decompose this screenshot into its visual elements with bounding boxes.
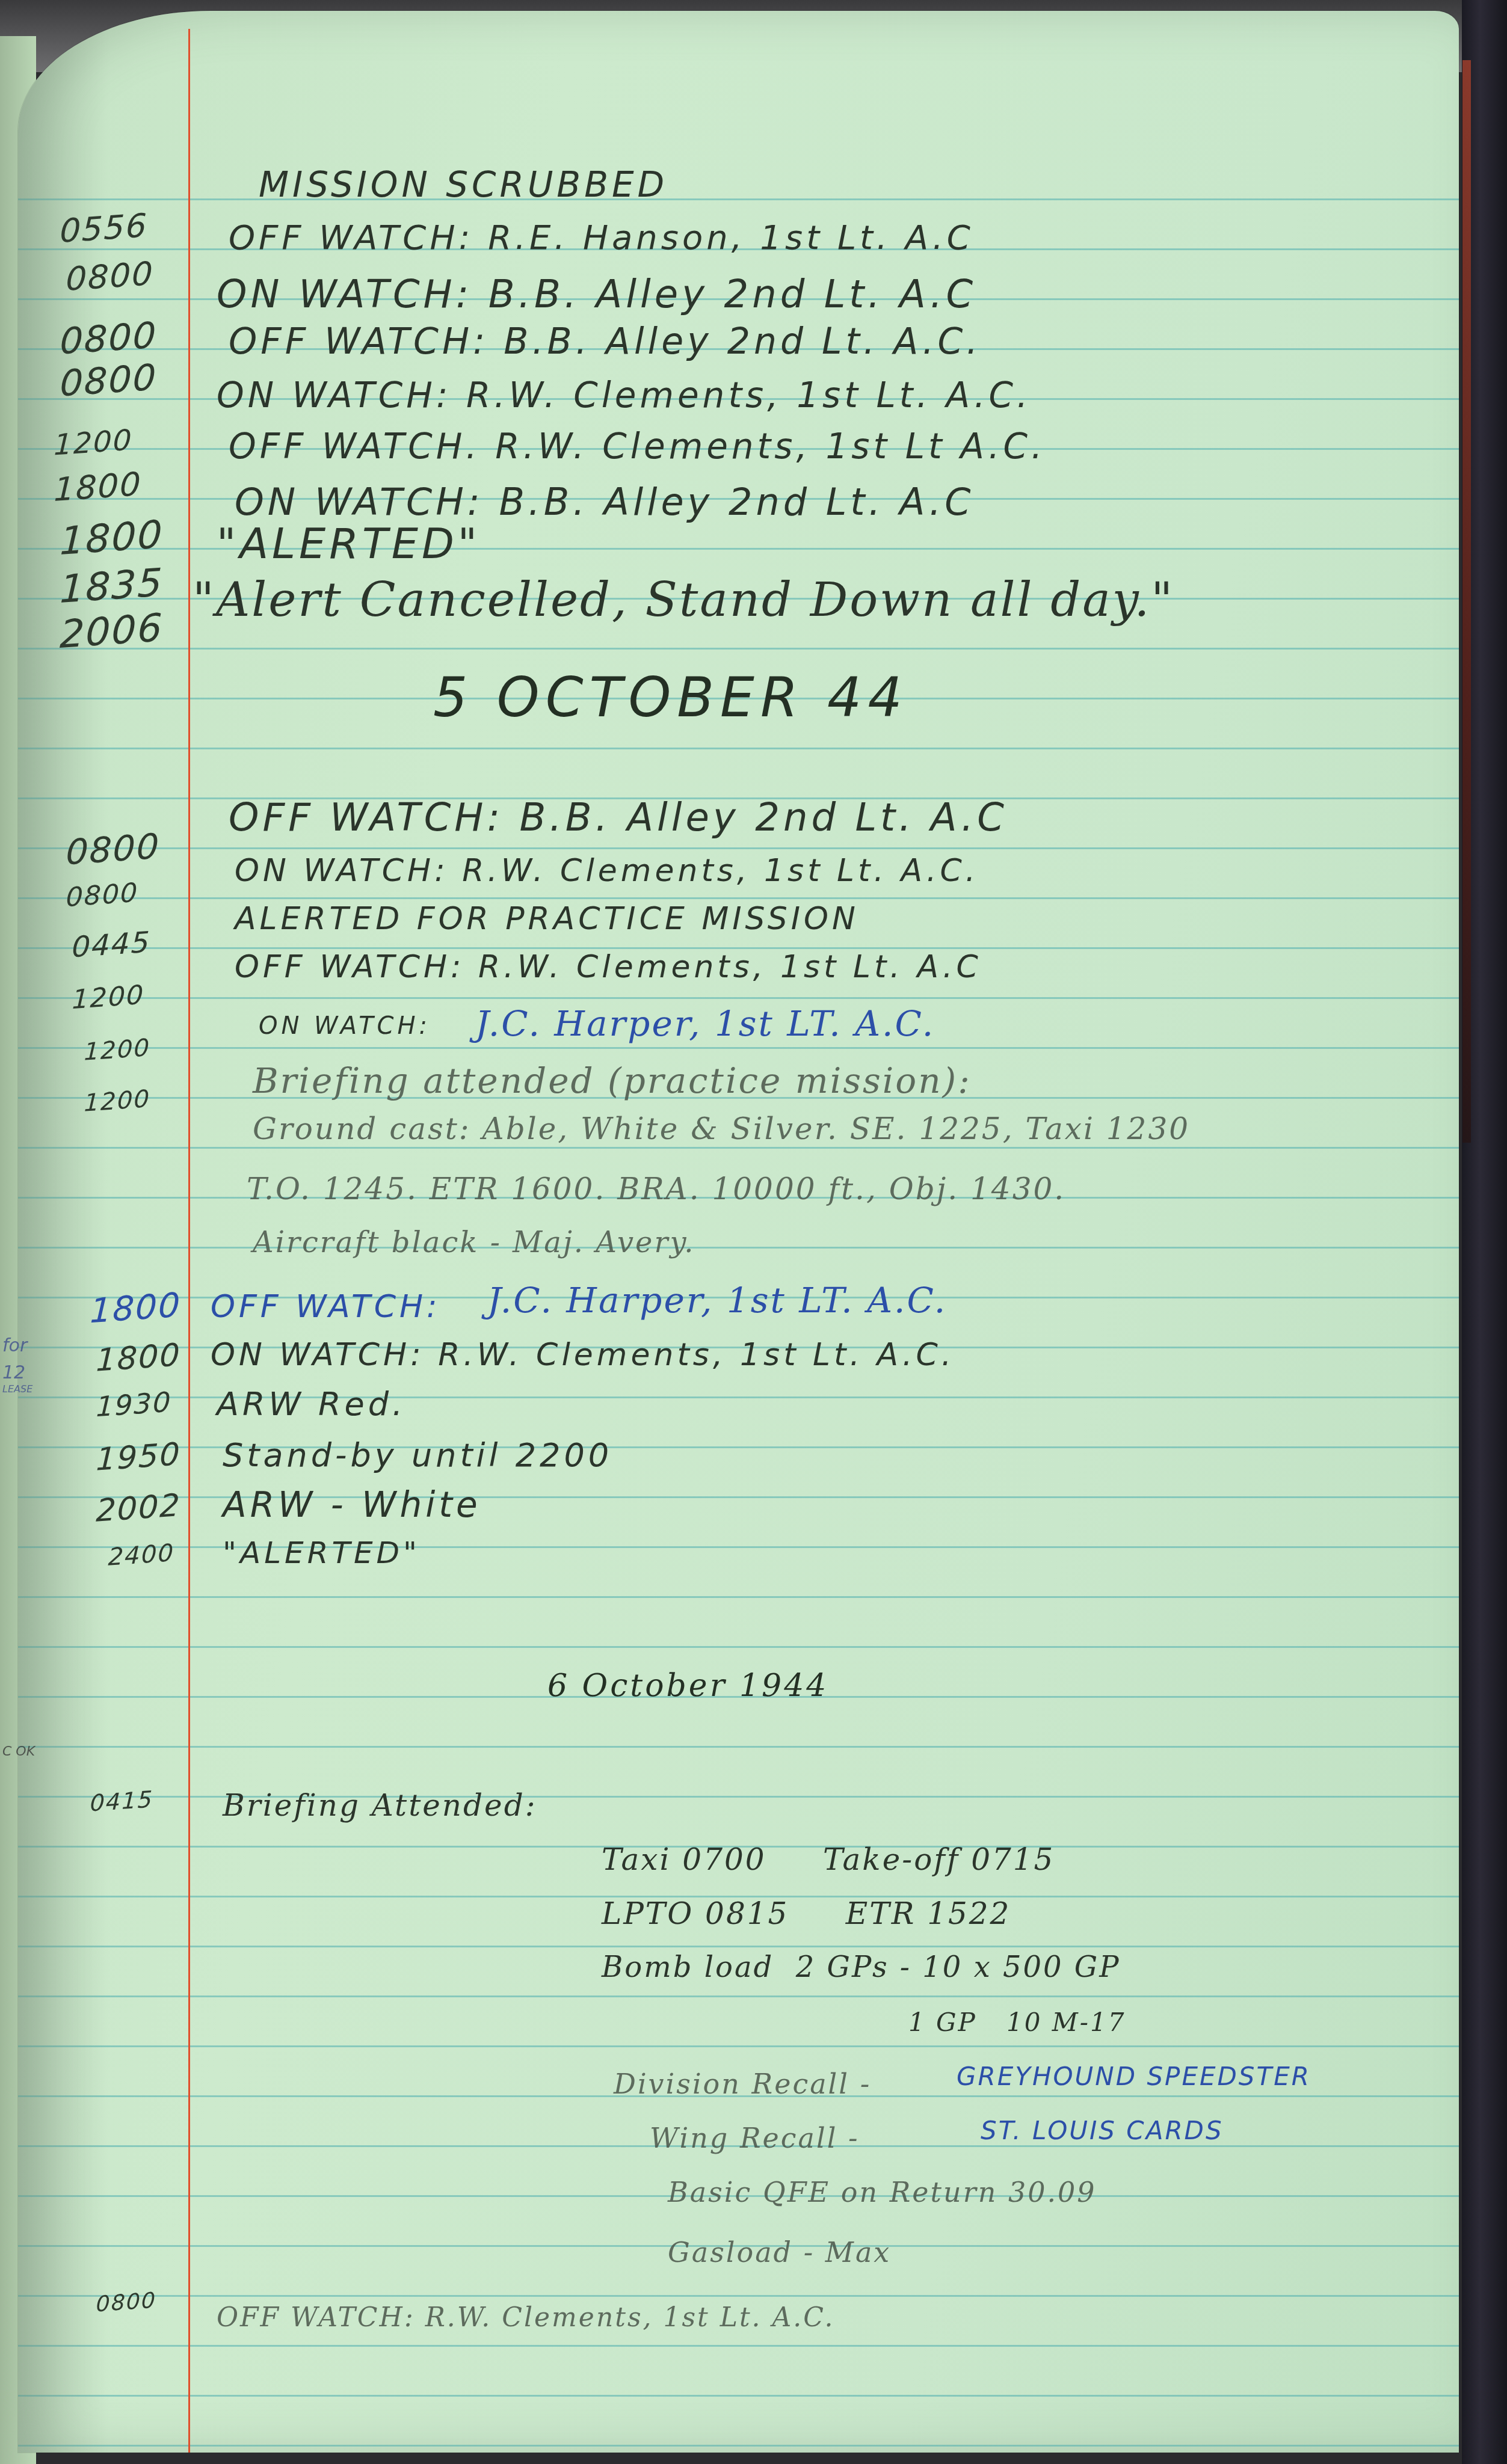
entry-text: T.O. 1245. ETR 1600. BRA. 10000 ft., Obj… (247, 1172, 1065, 1206)
entry-text: ON WATCH: R.W. Clements, 1st Lt. A.C. (235, 853, 979, 889)
entry-time: 1200 (54, 423, 134, 462)
entry-time: 1200 (84, 1085, 151, 1117)
entry-text: MISSION SCRUBBED (259, 164, 668, 205)
entry-text: Aircraft black - Maj. Avery. (253, 1226, 695, 1259)
entry-text: "ALERTED" (217, 519, 481, 568)
codeword-blue: ST. LOUIS CARDS (981, 2116, 1224, 2145)
margin-fragment: for (2, 1335, 27, 1356)
signature-blue: J.C. Harper, 1st LT. A.C. (487, 1280, 947, 1321)
codeword-blue: GREYHOUND SPEEDSTER (957, 2062, 1311, 2091)
entry-text: Basic QFE on Return 30.09 (668, 2176, 1097, 2208)
entry-text-prefix: Wing Recall - (650, 2122, 860, 2154)
binding-ribbon (1462, 60, 1471, 1143)
entry-time: 0800 (65, 826, 161, 873)
entry-text: ON WATCH: R.W. Clements, 1st Lt. A.C. (217, 375, 1032, 416)
entry-text: ON WATCH: R.W. Clements, 1st Lt. A.C. (211, 1337, 955, 1373)
entry-text: Briefing attended (practice mission): (253, 1060, 972, 1101)
entry-time: 1800 (59, 512, 164, 564)
left-margin-fragments: for 12 LEASE C OK (0, 1323, 36, 1925)
entry-text: 1 GP 10 M-17 (908, 2008, 1126, 2037)
margin-fragment: 12 (2, 1362, 25, 1383)
entry-time: 1950 (96, 1436, 182, 1478)
log-page: MISSION SCRUBBED 0556 OFF WATCH: R.E. Ha… (18, 11, 1459, 2453)
date-heading: 6 October 1944 (547, 1668, 828, 1704)
entry-text: OFF WATCH: R.W. Clements, 1st Lt. A.C (235, 949, 982, 985)
entry-time: 0556 (60, 206, 149, 250)
entry-time: 0800 (59, 356, 158, 405)
entry-text: Stand-by until 2200 (223, 1436, 612, 1474)
entry-time: 1800 (89, 1286, 182, 1331)
entry-text: Bomb load 2 GPs - 10 x 500 GP (602, 1950, 1120, 1984)
entry-text: Briefing Attended: (223, 1788, 537, 1823)
entry-time: 0800 (66, 254, 155, 298)
entry-text: "ALERTED" (223, 1535, 421, 1570)
entry-time: 1800 (54, 465, 143, 509)
entry-text: OFF WATCH: B.B. Alley 2nd Lt. A.C (229, 796, 1008, 840)
entry-text-prefix: Division Recall - (614, 2068, 871, 2100)
entry-time: 1800 (96, 1337, 182, 1379)
entry-text-prefix: OFF WATCH: (211, 1289, 441, 1325)
entry-text: OFF WATCH: R.E. Hanson, 1st Lt. A.C (229, 218, 974, 257)
entry-time: 0445 (72, 926, 152, 965)
entry-time: 2400 (108, 1539, 175, 1571)
entry-text: OFF WATCH: B.B. Alley 2nd Lt. A.C. (229, 321, 981, 363)
date-heading: 5 OCTOBER 44 (433, 666, 908, 730)
entry-text: Ground cast: Able, White & Silver. SE. 1… (253, 1111, 1190, 1146)
red-margin-line (188, 29, 190, 2453)
entry-time: 1200 (84, 1034, 151, 1066)
entry-text: Gasload - Max (668, 2236, 891, 2269)
entry-time: 1200 (72, 980, 145, 1015)
entry-time: 0800 (66, 877, 139, 913)
entry-time: 0415 (90, 1786, 154, 1816)
entry-text: OFF WATCH: R.W. Clements, 1st Lt. A.C. (217, 2302, 834, 2333)
entry-text: Taxi 0700 Take-off 0715 (602, 1842, 1055, 1877)
entry-text: OFF WATCH. R.W. Clements, 1st Lt A.C. (229, 426, 1046, 467)
entry-text: ARW Red. (217, 1385, 406, 1423)
entry-time: 0800 (96, 2288, 157, 2317)
entry-time: 2002 (96, 1487, 182, 1529)
entry-time: 2006 (59, 606, 164, 657)
entry-text: ALERTED FOR PRACTICE MISSION (235, 901, 859, 937)
margin-fragment: C OK (2, 1744, 35, 1759)
entry-time: 1930 (96, 1386, 173, 1424)
entry-text-prefix: ON WATCH: (259, 1012, 431, 1040)
entry-text: ON WATCH: B.B. Alley 2nd Lt. A.C (217, 272, 976, 317)
entry-time: 1835 (59, 561, 164, 612)
entry-text: LPTO 0815 ETR 1522 (602, 1896, 1011, 1931)
margin-fragment: LEASE (2, 1383, 32, 1395)
entry-text: ARW - White (223, 1484, 481, 1525)
entry-text: ON WATCH: B.B. Alley 2nd Lt. A.C (235, 480, 975, 524)
entry-text: "Alert Cancelled, Stand Down all day." (193, 573, 1174, 627)
entry-time: 0800 (59, 314, 158, 363)
signature-blue: J.C. Harper, 1st LT. A.C. (475, 1003, 935, 1044)
